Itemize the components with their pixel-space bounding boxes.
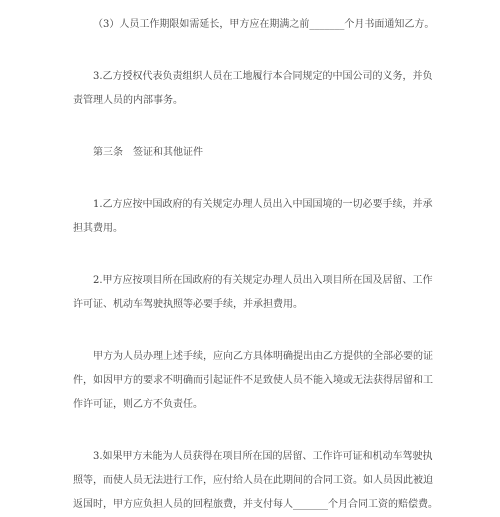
text-line: 甲方为人员办理上述手续，应向乙方具体明确提出由乙方提供的全部必要的证 bbox=[73, 345, 500, 369]
text-line: 2.甲方应按项目所在国政府的有关规定办理人员出入项目所在国及居留、工作 bbox=[73, 269, 500, 293]
text-line: （3）人员工作期限如需延长，甲方应在期满之前_______个月书面通知乙方。 bbox=[73, 13, 500, 37]
text-line: 1.乙方应按中国政府的有关规定办理人员出入中国国境的一切必要手续，并承 bbox=[73, 193, 500, 217]
contract-body: （3）人员工作期限如需延长，甲方应在期满之前_______个月书面通知乙方。3.… bbox=[0, 0, 500, 517]
text-line: 担其费用。 bbox=[73, 217, 500, 241]
text-line: 3.乙方授权代表负责组织人员在工地履行本合同规定的中国公司的义务，并负 bbox=[73, 65, 500, 89]
text-line: 责管理人员的内部事务。 bbox=[73, 89, 500, 113]
text-line: 返国时，甲方应负担人员的回程旅费，并支付每人_______个月合同工资的赔偿费。 bbox=[73, 493, 500, 517]
text-line: 作许可证，则乙方不负责任。 bbox=[73, 393, 500, 417]
text-line: 许可证、机动车驾驶执照等必要手续，并承担费用。 bbox=[73, 293, 500, 317]
document-page: （3）人员工作期限如需延长，甲方应在期满之前_______个月书面通知乙方。3.… bbox=[0, 0, 500, 517]
section-heading: 第三条 签证和其他证件 bbox=[73, 141, 500, 165]
text-line: 照等，而使人员无法进行工作，应付给人员在此期间的合同工资。如人员因此被迫 bbox=[73, 469, 500, 493]
text-line: 3.如果甲方未能为人员获得在项目所在国的居留、工作许可证和机动车驾驶执 bbox=[73, 445, 500, 469]
text-line: 件，如因甲方的要求不明确而引起证件不足致使人员不能入境或无法获得居留和工 bbox=[73, 369, 500, 393]
